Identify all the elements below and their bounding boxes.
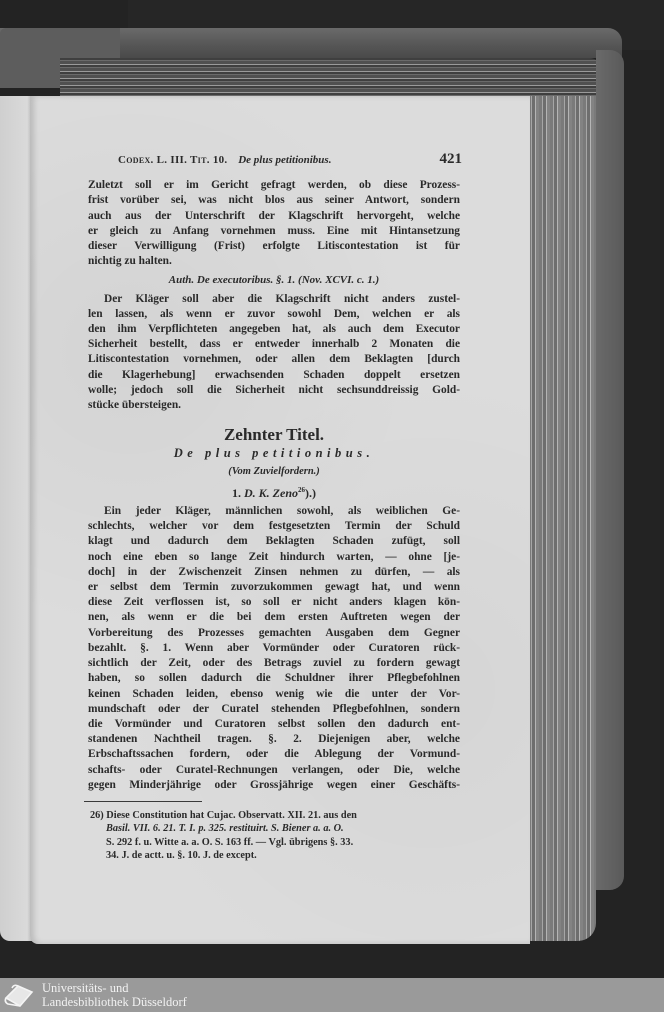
- text-line: doch] in der Zwischenzeit Zinsen nehmen …: [88, 565, 460, 580]
- footnote-line: S. 292 f. u. Witte a. a. O. S. 163 ff. —…: [90, 836, 460, 850]
- text-line: er gleich zu Anfang vornehmen muss. Eine…: [88, 224, 460, 239]
- paragraph-3: Ein jeder Kläger, männlichen sowohl, als…: [88, 504, 460, 793]
- page-fore-edge: [528, 96, 596, 941]
- footnote-reference[interactable]: 26: [298, 486, 305, 494]
- chapter-german-title: (Vom Zuvielfordern.): [88, 464, 460, 479]
- page-content: Codex. L. III. Tit. 10. De plus petition…: [88, 152, 460, 863]
- text-line: nen, als wenn er die bei dem ersten Auft…: [88, 610, 460, 625]
- text-line: Sicherheit bestellt, dass er entweder in…: [88, 337, 460, 352]
- text-line: Vorbereitung des Prozesses gemachten Aus…: [88, 626, 460, 641]
- text-line: mundschaft oder der Curatel stehenden Pf…: [88, 702, 460, 717]
- text-line: frist vorüber sei, was nicht blos aus se…: [88, 193, 460, 208]
- text-line: die Vormünder und Curatoren selbst solle…: [88, 717, 460, 732]
- text-line: nichtig zu halten.: [88, 254, 460, 269]
- facing-page-left: [0, 96, 34, 941]
- text-line: Zuletzt soll er im Gericht gefragt werde…: [88, 178, 460, 193]
- library-name-line1: Universitäts- und: [42, 981, 187, 995]
- text-line: den ihm Verpflichteten angegeben hat, al…: [88, 322, 460, 337]
- text-line: haben, so sollen dadurch die Schuldner i…: [88, 671, 460, 686]
- text-line: klagt und dadurch dem Beklagten Schaden …: [88, 534, 460, 549]
- law-author: D. K. Zeno: [244, 486, 298, 500]
- footnote-divider: [84, 801, 202, 802]
- text-line: Erbschaftssachen fordern, oder die Ableg…: [88, 747, 460, 762]
- footnote-26: 26) Diese Constitution hat Cujac. Observ…: [88, 809, 460, 863]
- law-number: 1.: [232, 486, 241, 500]
- text-line: wolle; jedoch soll die Sicherheit nicht …: [88, 383, 460, 398]
- library-logo-bar: Universitäts- und Landesbibliothek Düsse…: [0, 978, 664, 1012]
- footnote-line: 26) Diese Constitution hat Cujac. Observ…: [90, 809, 460, 823]
- book-cover-right-edge: [596, 50, 624, 890]
- text-line: er selbst dem Termin zuvorzukommen gewag…: [88, 580, 460, 595]
- text-line: Der Kläger soll aber die Klagschrift nic…: [88, 292, 460, 307]
- paragraph-1: Zuletzt soll er im Gericht gefragt werde…: [88, 178, 460, 269]
- footnote-line: Basil. VII. 6. 21. T. I. p. 325. restitu…: [90, 822, 460, 836]
- page-number: 421: [440, 152, 463, 167]
- library-name-line2: Landesbibliothek Düsseldorf: [42, 995, 187, 1009]
- text-line: diese Zeit verflossen ist, so soll er ni…: [88, 595, 460, 610]
- text-line: standenen Nachtheil tragen. §. 2. Diejen…: [88, 732, 460, 747]
- text-line: Ein jeder Kläger, männlichen sowohl, als…: [88, 504, 460, 519]
- chapter-title: Zehnter Titel.: [88, 427, 460, 442]
- text-line: schafts- oder Curatel-Rechnungen verlang…: [88, 763, 460, 778]
- text-line: bezahlt. §. 1. Wenn aber Vormünder oder …: [88, 641, 460, 656]
- chapter-latin-title: De plus petitionibus.: [88, 446, 460, 461]
- paragraph-2: Der Kläger soll aber die Klagschrift nic…: [88, 292, 460, 414]
- text-line: schlechts, welcher vor dem festgesetzten…: [88, 519, 460, 534]
- running-head: Codex. L. III. Tit. 10. De plus petition…: [118, 152, 462, 168]
- library-name: Universitäts- und Landesbibliothek Düsse…: [42, 981, 187, 1009]
- law-suffix: ).): [305, 486, 316, 500]
- page-stack-top-edge: [60, 58, 600, 98]
- text-line: keinen Schaden leiden, ebenso wenig wie …: [88, 687, 460, 702]
- text-line: auch aus der Unterschrift der Klagschrif…: [88, 209, 460, 224]
- text-line: Litiscontestation vornehmen, oder allen …: [88, 352, 460, 367]
- authentica-heading: Auth. De executoribus. §. 1. (Nov. XCVI.…: [88, 273, 460, 288]
- running-head-title: De plus petitionibus.: [238, 154, 331, 166]
- footnote-line: 34. J. de actt. u. §. 10. J. de except.: [90, 849, 460, 863]
- law-heading: 1. D. K. Zeno26).): [88, 483, 460, 501]
- text-line: die Klagerhebung] erwachsenden Schaden d…: [88, 368, 460, 383]
- text-line: noch eine eben so lange Zeit hindurch wa…: [88, 550, 460, 565]
- book-logo-icon: [2, 980, 38, 1010]
- text-line: sichtlich der Zeit, oder des Betrags zuv…: [88, 656, 460, 671]
- text-line: gegen Minderjährige oder Grossjährige we…: [88, 778, 460, 793]
- running-head-left: Codex. L. III. Tit. 10.: [118, 154, 227, 166]
- text-line: dieser Verwilligung (Frist) erfolgte Lit…: [88, 239, 460, 254]
- text-line: len lassen, als wenn er zuvor sowohl Dem…: [88, 307, 460, 322]
- chapter-title-block: Zehnter Titel. De plus petitionibus. (Vo…: [88, 427, 460, 501]
- text-line: stücke übersteigen.: [88, 398, 460, 413]
